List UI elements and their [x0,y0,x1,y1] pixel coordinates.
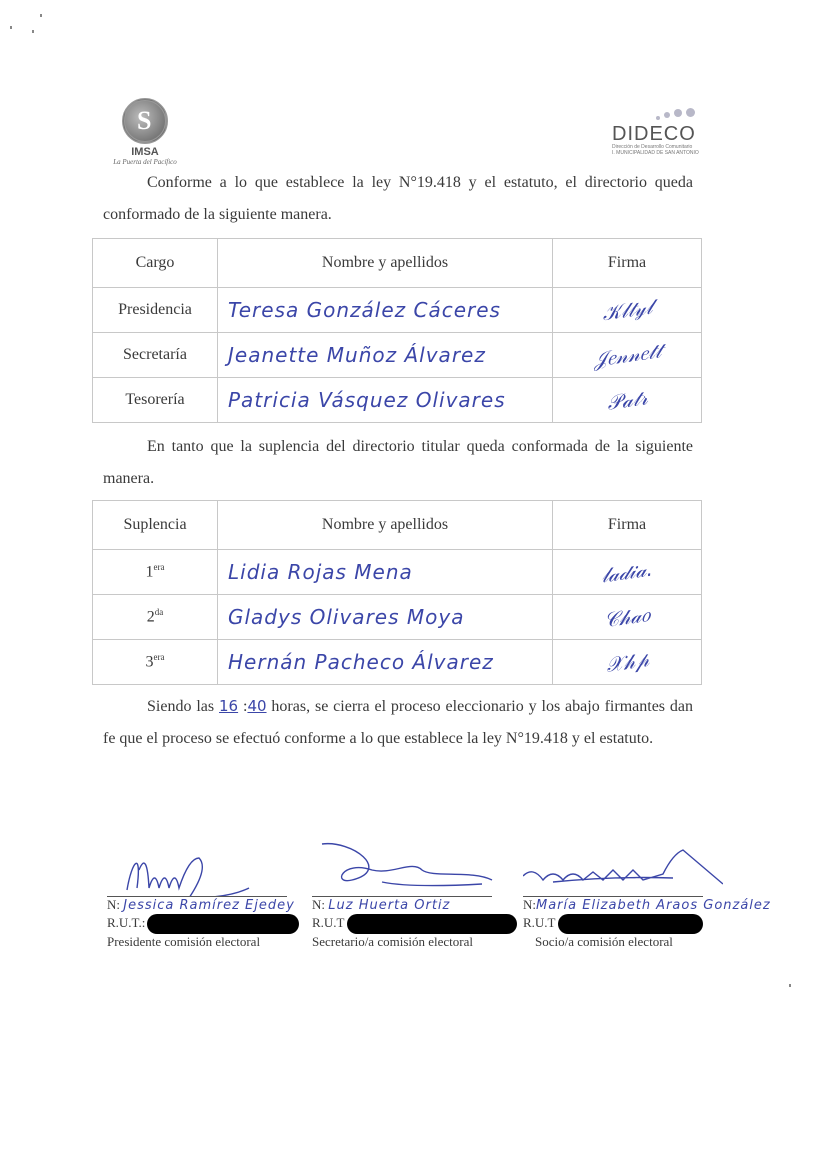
header-firma: Firma [553,239,702,288]
table-header-row: Suplencia Nombre y apellidos Firma [93,501,702,550]
name-cell: Gladys Olivares Moya [218,595,553,640]
header-nombre: Nombre y apellidos [218,501,553,550]
name-label: N: [107,897,120,912]
table-row: 3era Hernán Pacheco Álvarez 𝒳𝒽𝓅 [93,640,702,685]
header-firma: Firma [553,501,702,550]
header-cargo: Cargo [93,239,218,288]
cargo-cell: Secretaría [93,333,218,378]
order-number: 1 [146,564,154,581]
name-label: N: [523,897,536,912]
name-cell: Patricia Vásquez Olivares [218,378,553,423]
signature-cell: 𝒦𝓁𝓉𝓎𝓁 [553,288,702,333]
header-suplencia: Suplencia [93,501,218,550]
signature-mark: 𝓁𝒶𝒹𝒾𝒶. [600,557,654,588]
intro-text: Conforme a lo que establece la ley N°19.… [103,174,693,223]
name-cell: Jeanette Muñoz Álvarez [218,333,553,378]
signer-role: Presidente comisión electoral [107,934,307,950]
table-header-row: Cargo Nombre y apellidos Firma [93,239,702,288]
signature-cell: 𝓁𝒶𝒹𝒾𝒶. [553,550,702,595]
signature-mark: 𝒦𝓁𝓉𝓎𝓁 [600,295,653,326]
signer-socio: N:María Elizabeth Araos González R.U.T S… [523,830,793,950]
signature-cell: 𝒞𝒽𝒶𝑜 [553,595,702,640]
suplencia-order-cell: 3era [93,640,218,685]
closing-hour: 16 [219,697,238,715]
suplencia-paragraph: En tanto que la suplencia del directorio… [103,431,693,495]
signer-role: Secretario/a comisión electoral [312,934,512,950]
intro-paragraph: Conforme a lo que establece la ley N°19.… [103,167,693,231]
scan-speck [32,30,34,33]
rut-redaction [147,914,299,934]
table-row: 2da Gladys Olivares Moya 𝒞𝒽𝒶𝑜 [93,595,702,640]
signature-cell: 𝒳𝒽𝓅 [553,640,702,685]
dideco-subtitle-2: I. MUNICIPALIDAD DE SAN ANTONIO [612,150,712,156]
order-number: 3 [146,654,154,671]
closing-minute: 40 [247,697,266,715]
signature-cell: 𝒥𝑒𝓃𝓃𝑒𝓉𝓉 [553,333,702,378]
scan-speck [789,984,791,987]
name-cell: Lidia Rojas Mena [218,550,553,595]
suplencia-order-cell: 2da [93,595,218,640]
imsa-brand: IMSA [100,146,190,158]
rut-redaction [558,914,703,934]
signer-secretario: N: Luz Huerta Ortiz R.U.T Secretario/a c… [312,830,512,950]
dideco-dots-icon [612,106,712,124]
rut-redaction [347,914,517,934]
table-row: Tesorería Patricia Vásquez Olivares 𝒫𝒶𝓉𝓇 [93,378,702,423]
signature-mark: 𝒳𝒽𝓅 [604,647,650,677]
imsa-emblem-icon [122,98,168,144]
name-cell: Teresa González Cáceres [218,288,553,333]
signature-mark [107,830,307,896]
cargo-cell: Tesorería [93,378,218,423]
signer-name: María Elizabeth Araos González [536,898,771,913]
imsa-tagline: La Puerta del Pacífico [100,158,190,166]
table-row: Secretaría Jeanette Muñoz Álvarez 𝒥𝑒𝓃𝓃𝑒𝓉… [93,333,702,378]
closing-paragraph: Siendo las 16 :40 horas, se cierra el pr… [103,690,693,755]
directorio-table: Cargo Nombre y apellidos Firma Presidenc… [92,238,702,423]
table-row: Presidencia Teresa González Cáceres 𝒦𝓁𝓉𝓎… [93,288,702,333]
order-suffix: era [154,652,165,662]
scan-speck [10,26,12,29]
header-nombre: Nombre y apellidos [218,239,553,288]
signature-mark [312,830,512,896]
suplencia-text: En tanto que la suplencia del directorio… [103,438,693,487]
signature-mark: 𝒞𝒽𝒶𝑜 [603,602,652,632]
dideco-logo: DIDECO Dirección de Desarrollo Comunitar… [612,106,712,162]
scan-speck [40,14,42,17]
order-number: 2 [147,609,155,626]
signature-mark: 𝒥𝑒𝓃𝓃𝑒𝓉𝓉 [591,338,662,371]
order-suffix: da [155,607,164,617]
signature-cell: 𝒫𝒶𝓉𝓇 [553,378,702,423]
signer-name: Jessica Ramírez Ejedey [123,898,295,913]
signer-name: Luz Huerta Ortiz [328,898,450,913]
signature-mark [523,830,793,896]
suplencia-order-cell: 1era [93,550,218,595]
dideco-brand: DIDECO [612,124,712,144]
imsa-logo: IMSA La Puerta del Pacífico [100,98,190,166]
rut-label: R.U.T [312,915,345,930]
rut-label: R.U.T [523,915,556,930]
rut-label: R.U.T.: [107,915,145,930]
table-row: 1era Lidia Rojas Mena 𝓁𝒶𝒹𝒾𝒶. [93,550,702,595]
order-suffix: era [154,562,165,572]
name-label: N: [312,897,325,912]
name-cell: Hernán Pacheco Álvarez [218,640,553,685]
signer-role: Socio/a comisión electoral [523,934,793,950]
suplencia-table: Suplencia Nombre y apellidos Firma 1era … [92,500,702,685]
closing-prefix: Siendo las [147,698,214,715]
signature-mark: 𝒫𝒶𝓉𝓇 [605,385,648,414]
signer-presidente: N: Jessica Ramírez Ejedey R.U.T.: Presid… [107,830,307,950]
cargo-cell: Presidencia [93,288,218,333]
